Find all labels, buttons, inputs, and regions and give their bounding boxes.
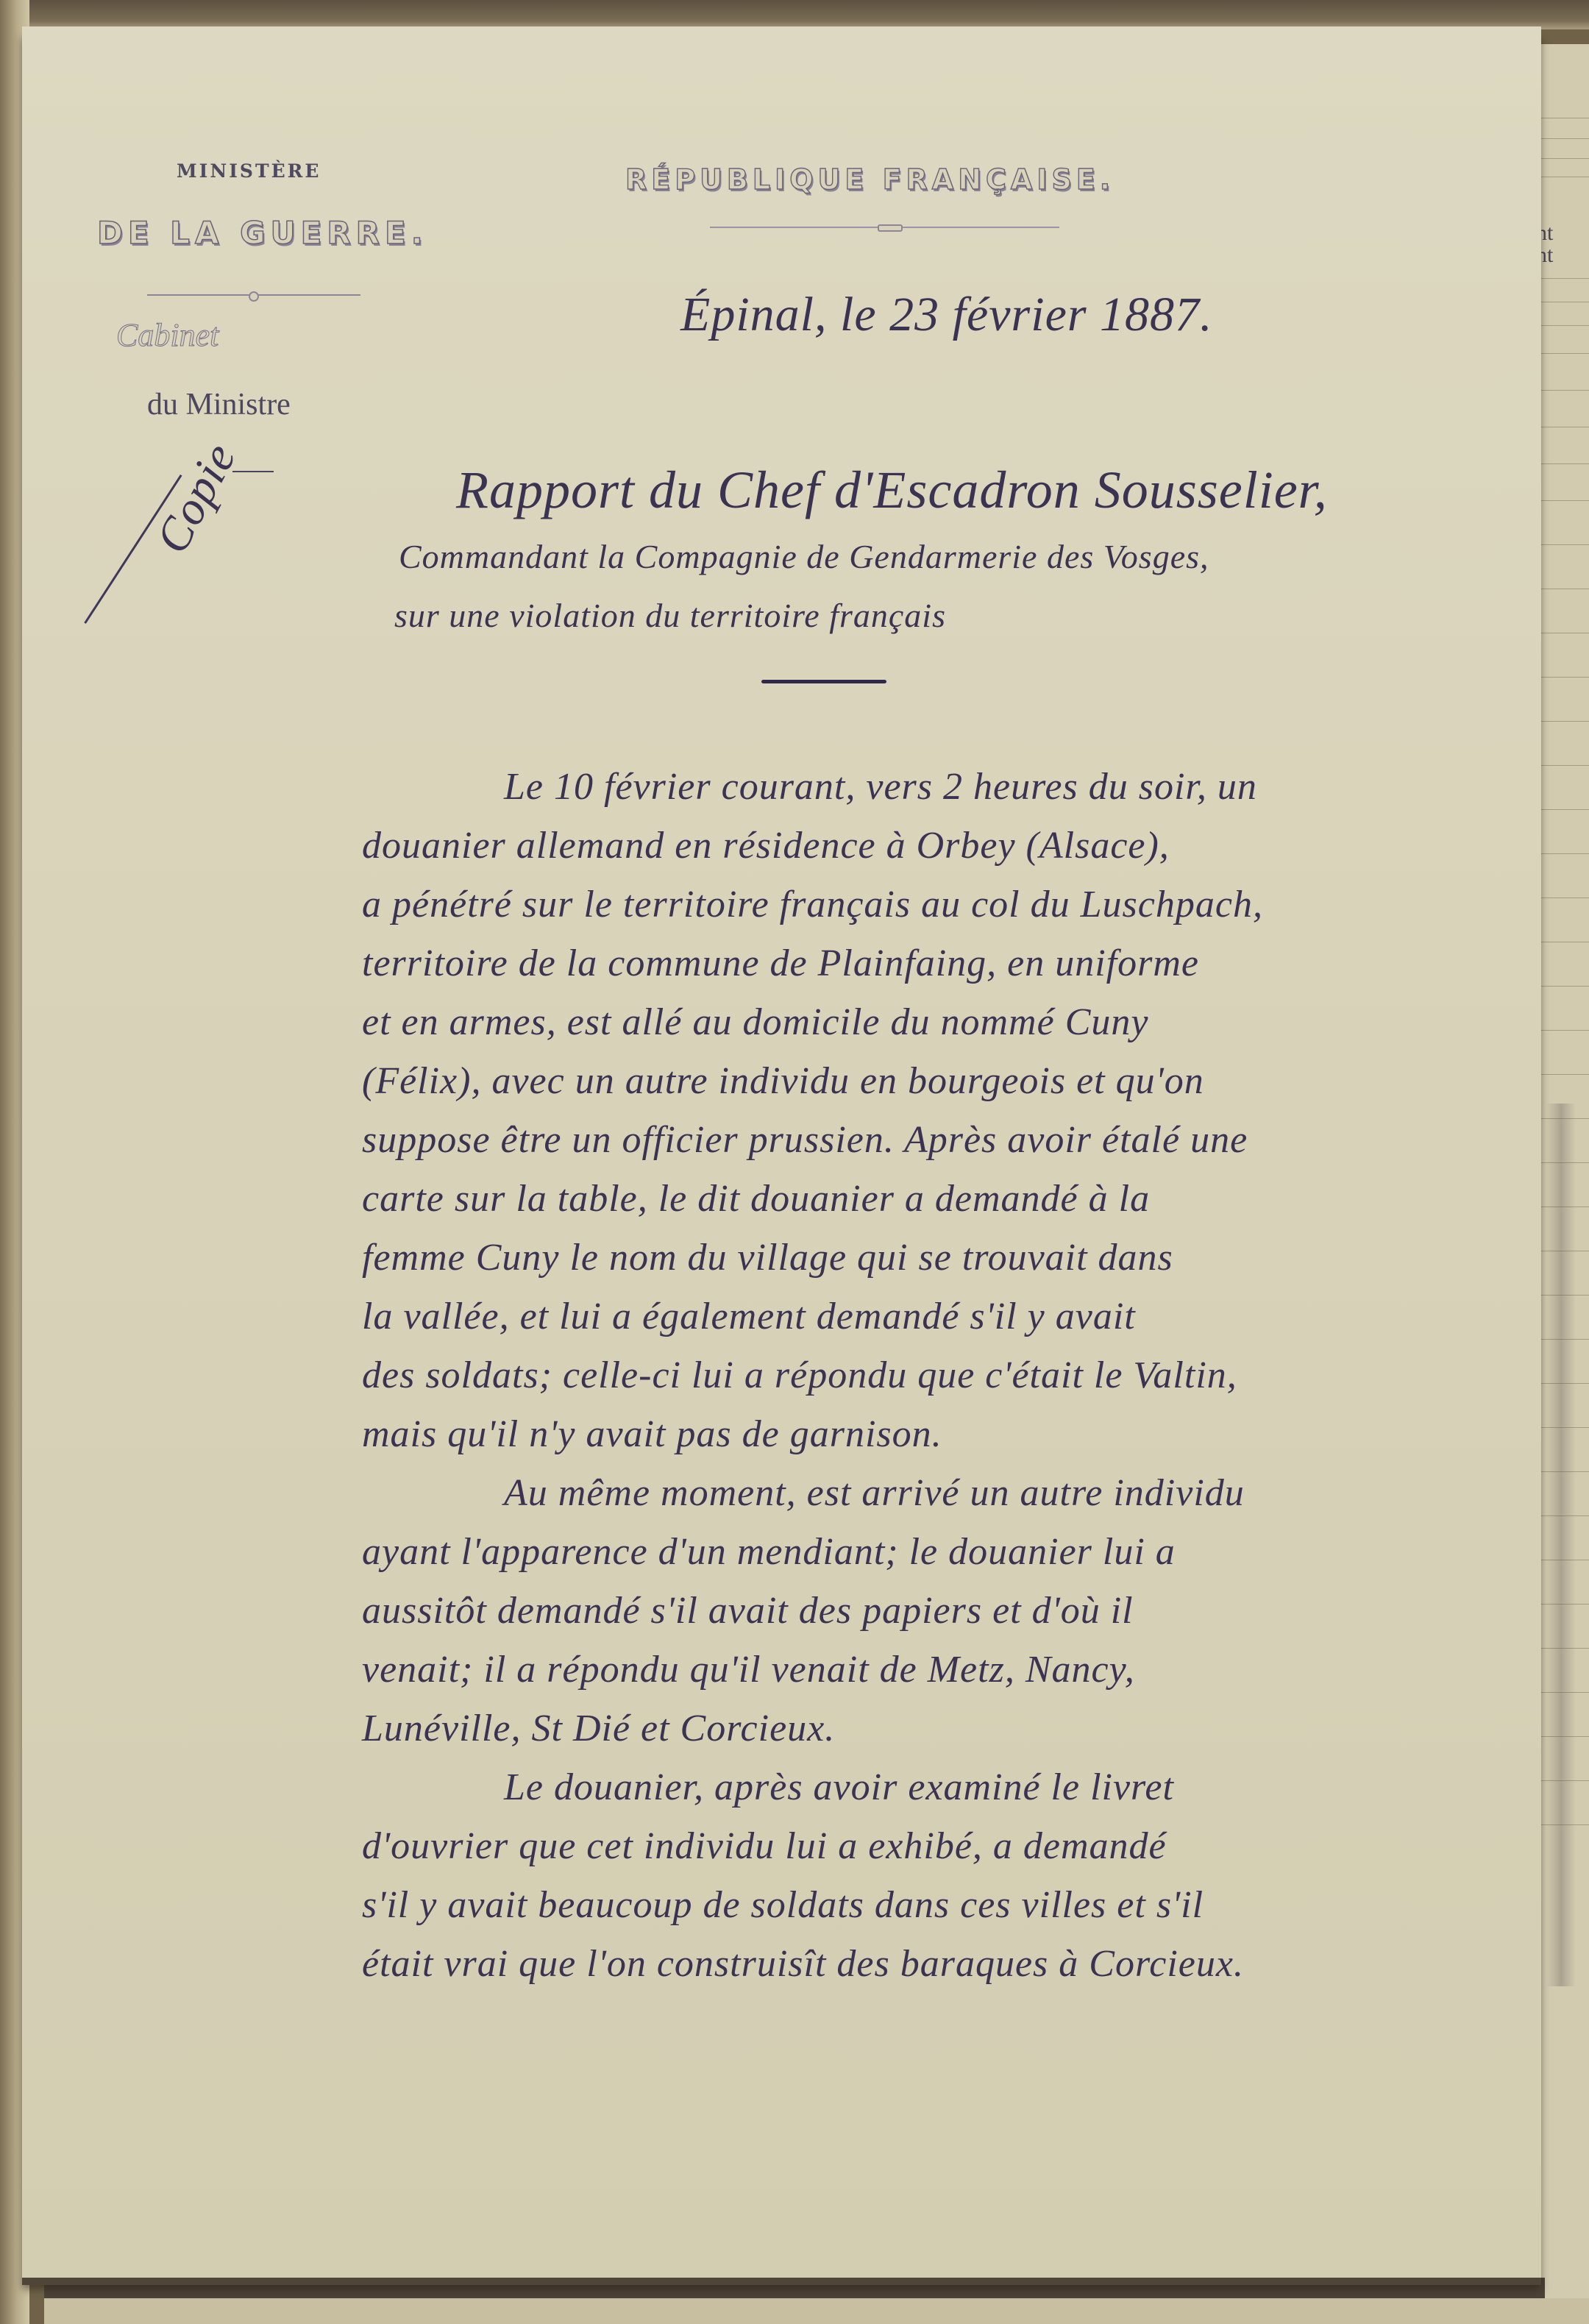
letterhead-ministry-line2: DE LA GUERRE. (97, 215, 428, 251)
letterhead-republic: RÉPUBLIQUE FRANÇAISE. (625, 163, 1115, 196)
body-line: était vrai que l'on construisît des bara… (362, 1942, 1244, 1986)
body-line: la vallée, et lui a également demandé s'… (362, 1295, 1136, 1338)
body-line: a pénétré sur le territoire français au … (362, 883, 1263, 926)
body-line: venait; il a répondu qu'il venait de Met… (362, 1648, 1135, 1691)
body-line: mais qu'il n'y avait pas de garnison. (362, 1412, 942, 1456)
body-line: Le douanier, après avoir examiné le livr… (504, 1766, 1174, 1809)
body-line: carte sur la table, le dit douanier a de… (362, 1177, 1150, 1220)
body-line: femme Cuny le nom du village qui se trou… (362, 1236, 1173, 1279)
body-line: s'il y avait beaucoup de soldats dans ce… (362, 1883, 1204, 1927)
background-bottom-edge (44, 2298, 1589, 2324)
title-underline (761, 680, 886, 683)
body-line: des soldats; celle-ci lui a répondu que … (362, 1354, 1237, 1397)
date-line: Épinal, le 23 février 1887. (680, 287, 1213, 343)
body-line: (Félix), avec un autre individu en bourg… (362, 1059, 1204, 1103)
body-line: ayant l'apparence d'un mendiant; le doua… (362, 1530, 1176, 1574)
page-shadow (44, 2278, 1545, 2298)
body-line: d'ouvrier que cet individu lui a exhibé,… (362, 1824, 1167, 1868)
body-line: Au même moment, est arrivé un autre indi… (504, 1471, 1245, 1515)
body-line: Le 10 février courant, vers 2 heures du … (504, 765, 1257, 809)
body-line: territoire de la commune de Plainfaing, … (362, 942, 1199, 985)
background-top-edge (0, 0, 1589, 29)
republic-ornament-divider (710, 227, 1059, 228)
letterhead-department-line1: Cabinet (116, 316, 218, 354)
letterhead-ornament-divider (147, 294, 360, 296)
letterhead-department-line2: du Ministre (147, 387, 291, 422)
body-line: suppose être un officier prussien. Après… (362, 1118, 1248, 1162)
body-line: douanier allemand en résidence à Orbey (… (362, 824, 1170, 867)
letterhead-ministry-line1: MINISTÈRE (177, 160, 321, 182)
report-title-line3: sur une violation du territoire français (394, 596, 946, 635)
report-title-line2: Commandant la Compagnie de Gendarmerie d… (399, 537, 1209, 576)
body-line: Lunéville, St Dié et Corcieux. (362, 1707, 835, 1750)
body-line: aussitôt demandé s'il avait des papiers … (362, 1589, 1134, 1632)
report-title-line1: Rapport du Chef d'Escadron Sousselier, (456, 460, 1328, 521)
body-line: et en armes, est allé au domicile du nom… (362, 1001, 1148, 1044)
